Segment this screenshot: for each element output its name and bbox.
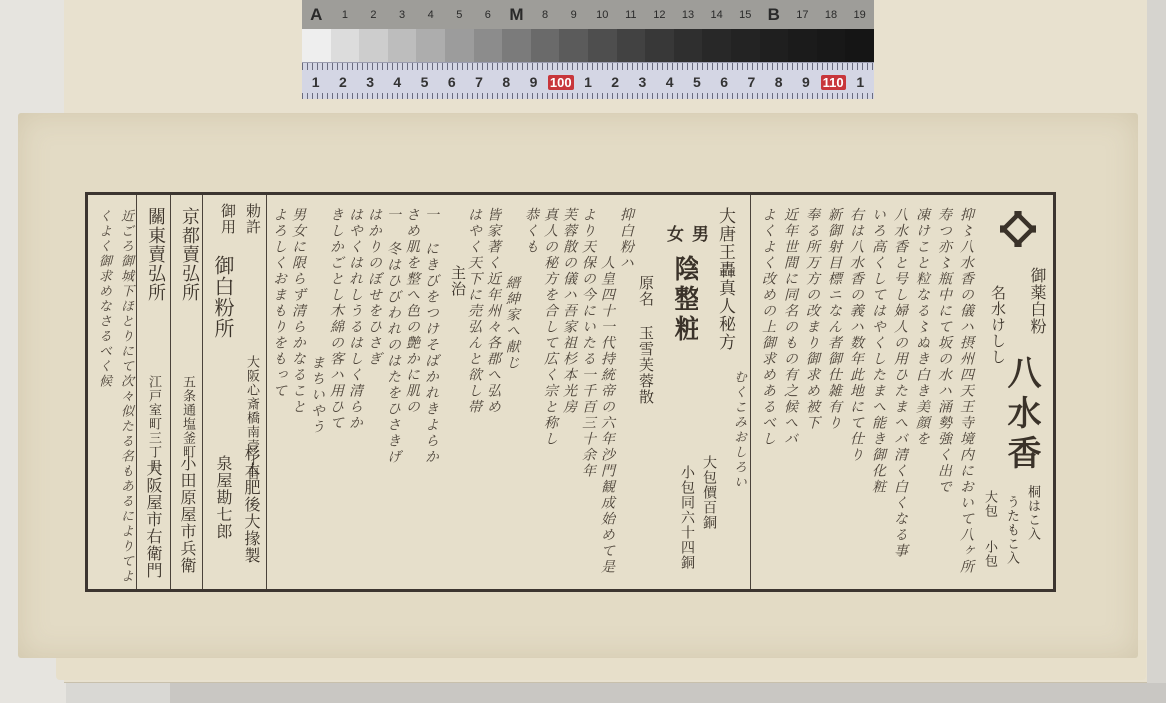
- checker-label: 13: [674, 9, 703, 21]
- gray-patch: [817, 29, 846, 62]
- text-column: 近年世間に同名のもの有之候へバ: [780, 195, 802, 589]
- ruler-label: 8: [502, 74, 510, 90]
- ruler-label: 6: [448, 74, 456, 90]
- gray-patch: [674, 29, 703, 62]
- usage-text: 一 にきびをつけそばかれきよらかさめ肌を整へ色の艶かに肌の一 冬はひびわれのはた…: [268, 195, 443, 589]
- text-column: 皆家著く近年州々各郡へ弘め: [486, 195, 505, 589]
- ruler-label: 5: [693, 74, 701, 90]
- ruler-label: 3: [366, 74, 374, 90]
- description-right: 抑〻八水香の儀ハ摂州四天王寺境内において八ヶ所の名水の何にも世人の寿つ亦〻瓶中に…: [753, 195, 978, 589]
- ruler-label: 9: [802, 74, 810, 90]
- gray-patch: [331, 29, 360, 62]
- divider-line: [750, 195, 751, 589]
- checker-label: 9: [559, 9, 588, 21]
- divider-line: [202, 195, 203, 589]
- checker-label: 11: [617, 9, 646, 21]
- ruler-label: 5: [421, 74, 429, 90]
- usage-heading: 主治: [443, 195, 471, 589]
- gray-patch: [588, 29, 617, 62]
- printed-frame: 御薬白粉 名水けしし 八水香 桐はこ入 うたもこ入 大包 小包 抑〻八水香の儀ハ…: [85, 192, 1056, 592]
- checker-label: M: [502, 5, 531, 25]
- text-column: 一 冬はひびわれのはたをひさきげ: [386, 195, 405, 589]
- packaging-1: 桐はこ入: [1021, 195, 1045, 589]
- ruler-label: 8: [775, 74, 783, 90]
- checker-label: 6: [474, 9, 503, 21]
- background-right: [1145, 0, 1166, 703]
- ruler-label: 6: [720, 74, 728, 90]
- text-column: 恭くも: [524, 195, 543, 589]
- gray-patch: [502, 29, 531, 62]
- gray-patch: [731, 29, 760, 62]
- checker-label: B: [760, 5, 789, 25]
- ruler-label: 110: [821, 75, 846, 90]
- text-column: 凍けこと粒なる〻ぬき白き美顔を: [912, 195, 934, 589]
- checker-label: 4: [416, 9, 445, 21]
- checker-label: 14: [702, 9, 731, 21]
- text-column: より天保の今にいたる一千百三十余年: [581, 195, 600, 589]
- gray-patch: [702, 29, 731, 62]
- ruler-label: 4: [393, 74, 401, 90]
- checker-label: 5: [445, 9, 474, 21]
- text-column: 一 にきびをつけそばかれきよらか: [424, 195, 443, 589]
- gray-patch: [388, 29, 417, 62]
- price-large: 大包價百銅: [698, 195, 722, 589]
- checker-label: 19: [845, 9, 874, 21]
- gray-patch: [302, 29, 331, 62]
- ruler-label: 4: [666, 74, 674, 90]
- color-checker: A123456M89101112131415B171819 1234567891…: [302, 0, 874, 98]
- checker-label: 3: [388, 9, 417, 21]
- divider-line: [170, 195, 171, 589]
- text-column: 縉紳家へ献じ: [505, 195, 524, 589]
- checker-label: A: [302, 5, 331, 25]
- gray-patch: [416, 29, 445, 62]
- text-column: 真人の秘方を合して広く宗と称し: [543, 195, 562, 589]
- checker-label: 1: [331, 9, 360, 21]
- checker-label: 17: [788, 9, 817, 21]
- packaging-4: 小包: [978, 195, 1002, 589]
- kana-name: むくこみおしろい: [728, 195, 750, 589]
- text-column: まちいやう: [310, 195, 329, 589]
- text-column: 八水香と号し婦人の用ひたまへバ清く白くなる事: [890, 195, 912, 589]
- divider-line: [136, 195, 137, 589]
- text-column: 奉る所万方の改まり御求め被下: [802, 195, 824, 589]
- gray-patch: [445, 29, 474, 62]
- kyoto-shop: 小田原屋市兵衛: [174, 195, 200, 589]
- text-column: 抑〻八水香の儀ハ摂州四天王寺境内において八ヶ所の名水の何にも世人の: [956, 195, 978, 589]
- checker-label: 10: [588, 9, 617, 21]
- gray-patch: [760, 29, 789, 62]
- ruler-label: 7: [747, 74, 755, 90]
- ruler-ticks-top: [302, 63, 874, 70]
- ruler-label: 100: [548, 75, 574, 90]
- price-small: 小包同六十四銅: [676, 195, 700, 589]
- ruler-label: 2: [339, 74, 347, 90]
- description-center: 抑白粉ハ人皇四十一代持統帝の六年沙門観成始めて是を献じより天保の今にいたる一千百…: [468, 195, 638, 589]
- text-column: 抑白粉ハ: [619, 195, 638, 589]
- measurement-ruler: 1234567891001234567891101: [302, 62, 874, 99]
- checker-label: 15: [731, 9, 760, 21]
- text-column: 寿つ亦〻瓶中にて坂の水ハ涌勢強く出で: [934, 195, 956, 589]
- text-column: 右は八水香の義ハ数年此地にて仕り: [846, 195, 868, 589]
- gray-patch: [474, 29, 503, 62]
- gray-patch: [788, 29, 817, 62]
- gray-patch: [559, 29, 588, 62]
- text-column: きしかごとし木綿の客ハ用ひて: [329, 195, 348, 589]
- seller-note: 近ごろ御城下ほとりにて次々似たる名もあるによりてよくよく御求めなさるべく候: [90, 195, 136, 589]
- gray-patch: [359, 29, 388, 62]
- ruler-label: 2: [611, 74, 619, 90]
- checker-label: 18: [817, 9, 846, 21]
- text-column: いろ高くしてはやくしたまへ能き御化粧: [868, 195, 890, 589]
- checker-label-row: A123456M89101112131415B171819: [302, 0, 874, 29]
- ruler-label: 3: [639, 74, 647, 90]
- ruler-label: 1: [312, 74, 320, 90]
- ruler-label: 1: [856, 74, 864, 90]
- ruler-label: 1: [584, 74, 592, 90]
- text-column: はやくはれしうるはしく清らか: [348, 195, 367, 589]
- text-column: 男女に限らず清らかなること: [291, 195, 310, 589]
- background-bottom: [170, 683, 1166, 703]
- gray-patch: [645, 29, 674, 62]
- divider-line: [266, 195, 267, 589]
- gray-patch: [617, 29, 646, 62]
- text-column: さめ肌を整へ色の艶かに肌の: [405, 195, 424, 589]
- text-column: 新御射目標ニなん者御仕雑有り: [824, 195, 846, 589]
- text-column: よろしくおまもりをもって: [272, 195, 291, 589]
- kanto-shop: 大阪屋市右衛門: [140, 195, 166, 589]
- maker-name: 杉本肥後大掾製: [238, 195, 264, 589]
- ruler-label: 7: [475, 74, 483, 90]
- text-column: はかりのぼせをひさぎ: [367, 195, 386, 589]
- checker-label: 2: [359, 9, 388, 21]
- izumiya-name: 泉屋勘七郎: [210, 195, 236, 589]
- checker-label: 8: [531, 9, 560, 21]
- text-column: 芙蓉散の儀ハ吾家祖杉本光房: [562, 195, 581, 589]
- gray-scale-strip: [302, 29, 874, 62]
- gray-patch: [531, 29, 560, 62]
- packaging-2: うたもこ入: [1000, 195, 1024, 589]
- gray-patch: [845, 29, 874, 62]
- text-column: 人皇四十一代持統帝の六年沙門観成始めて是を献じ: [600, 195, 619, 589]
- ruler-label: 9: [530, 74, 538, 90]
- checker-label: 12: [645, 9, 674, 21]
- ruler-ticks-bottom: [302, 93, 874, 99]
- text-column: よくよく改めの上御求めあるべし: [758, 195, 780, 589]
